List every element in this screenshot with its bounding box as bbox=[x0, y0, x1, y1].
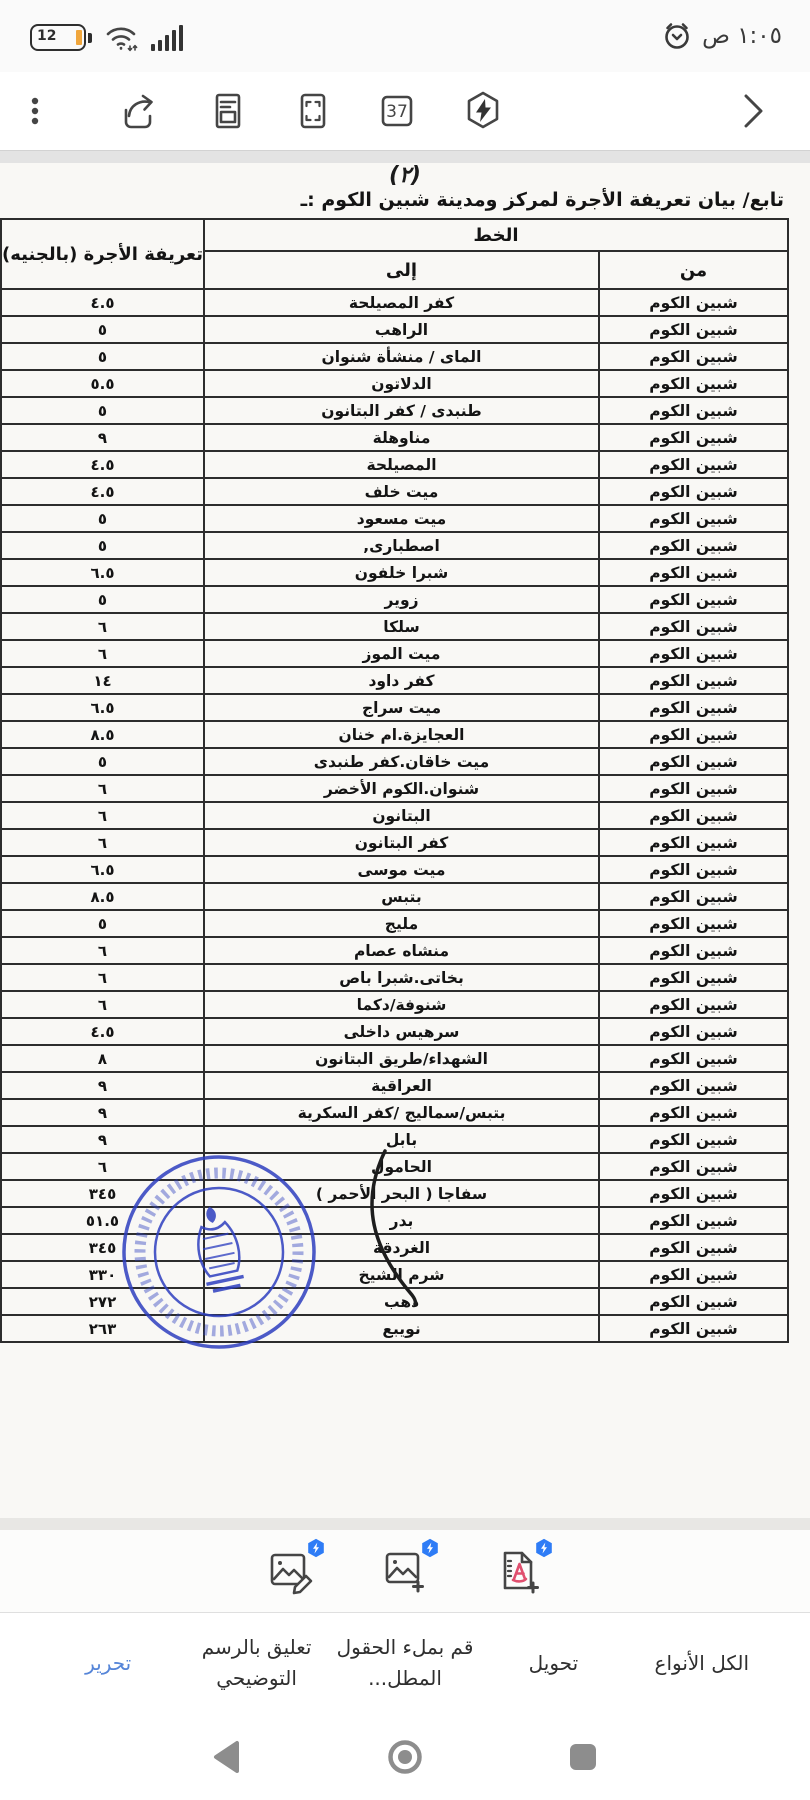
from-cell: شبين الكوم bbox=[599, 424, 788, 451]
to-cell: الدلاتون bbox=[204, 370, 599, 397]
table-row: شبين الكومالبتانون٦ bbox=[1, 802, 788, 829]
from-cell: شبين الكوم bbox=[599, 1315, 788, 1342]
home-circle-icon bbox=[386, 1738, 424, 1776]
annotate-image-button[interactable] bbox=[260, 1540, 322, 1602]
fare-cell: ٦.٥ bbox=[1, 694, 204, 721]
to-cell: زوير bbox=[204, 586, 599, 613]
from-cell: شبين الكوم bbox=[599, 1099, 788, 1126]
to-cell: بتبس/سماليج /كفر السكرية bbox=[204, 1099, 599, 1126]
table-row: شبين الكومشنوفة/دكما٦ bbox=[1, 991, 788, 1018]
filter-all-types-button[interactable]: الكل الأنواع bbox=[628, 1648, 776, 1679]
to-cell: سلكا bbox=[204, 613, 599, 640]
from-cell: شبين الكوم bbox=[599, 316, 788, 343]
from-cell: شبين الكوم bbox=[599, 1153, 788, 1180]
bottom-action-bar: الكل الأنواع تحويل قم بملء الحقول المطل.… bbox=[0, 1613, 810, 1713]
recents-square-icon bbox=[568, 1742, 598, 1772]
fare-cell: ٦ bbox=[1, 775, 204, 802]
fare-cell: ٦ bbox=[1, 964, 204, 991]
fare-cell: ٤.٥ bbox=[1, 289, 204, 316]
from-cell: شبين الكوم bbox=[599, 721, 788, 748]
to-cell: بخاتى.شبرا باص bbox=[204, 964, 599, 991]
back-triangle-icon bbox=[212, 1740, 242, 1774]
to-cell: شنوفة/دكما bbox=[204, 991, 599, 1018]
from-cell: شبين الكوم bbox=[599, 829, 788, 856]
table-row: شبين الكومسلكا٦ bbox=[1, 613, 788, 640]
to-cell: ميت خلف bbox=[204, 478, 599, 505]
ai-spark-badge-icon bbox=[534, 1537, 554, 1559]
to-cell: منشاه عصام bbox=[204, 937, 599, 964]
table-row: شبين الكومميت سراج٦.٥ bbox=[1, 694, 788, 721]
table-row: شبين الكومكفر البتانون٦ bbox=[1, 829, 788, 856]
table-row: شبين الكومسرهيس داخلى٤.٥ bbox=[1, 1018, 788, 1045]
fare-cell: ٨ bbox=[1, 1045, 204, 1072]
from-cell: شبين الكوم bbox=[599, 586, 788, 613]
ai-tools-row bbox=[0, 1530, 810, 1612]
table-row: شبين الكومالدلاتون٥.٥ bbox=[1, 370, 788, 397]
official-stamp bbox=[112, 1145, 327, 1360]
wifi-icon bbox=[104, 22, 138, 52]
from-cell: شبين الكوم bbox=[599, 559, 788, 586]
to-cell: طنبدى / كفر البتانون bbox=[204, 397, 599, 424]
fare-cell: ٦.٥ bbox=[1, 856, 204, 883]
fare-cell: ٩ bbox=[1, 1072, 204, 1099]
table-row: شبين الكومالماى / منشأة شنوان٥ bbox=[1, 343, 788, 370]
android-nav-bar bbox=[0, 1713, 810, 1800]
from-cell: شبين الكوم bbox=[599, 397, 788, 424]
share-button[interactable] bbox=[112, 86, 162, 136]
from-cell: شبين الكوم bbox=[599, 289, 788, 316]
to-cell: ميت خاقان.كفر طنبدى bbox=[204, 748, 599, 775]
from-cell: شبين الكوم bbox=[599, 1288, 788, 1315]
from-cell: شبين الكوم bbox=[599, 991, 788, 1018]
battery-indicator: 12 bbox=[30, 24, 92, 51]
fare-cell: ٦ bbox=[1, 937, 204, 964]
fare-cell: ٨.٥ bbox=[1, 721, 204, 748]
from-cell: شبين الكوم bbox=[599, 505, 788, 532]
fare-cell: ٦.٥ bbox=[1, 559, 204, 586]
fill-fields-button[interactable]: قم بملء الحقول المطل... bbox=[331, 1632, 479, 1694]
from-header: من bbox=[599, 251, 788, 289]
to-cell: العراقية bbox=[204, 1072, 599, 1099]
fare-cell: ٨.٥ bbox=[1, 883, 204, 910]
table-row: شبين الكومبتبس/سماليج /كفر السكرية٩ bbox=[1, 1099, 788, 1126]
fare-cell: ٤.٥ bbox=[1, 1018, 204, 1045]
table-row: شبين الكومميت مسعود٥ bbox=[1, 505, 788, 532]
nav-back-button[interactable] bbox=[207, 1737, 247, 1777]
table-row: شبين الكومميت خاقان.كفر طنبدى٥ bbox=[1, 748, 788, 775]
table-row: شبين الكومبتبس٨.٥ bbox=[1, 883, 788, 910]
table-row: شبين الكومبخاتى.شبرا باص٦ bbox=[1, 964, 788, 991]
table-row: شبين الكومكفر المصيلحة٤.٥ bbox=[1, 289, 788, 316]
from-cell: شبين الكوم bbox=[599, 532, 788, 559]
line-header: الخط bbox=[204, 219, 788, 251]
from-cell: شبين الكوم bbox=[599, 640, 788, 667]
to-cell: ميت الموز bbox=[204, 640, 599, 667]
to-cell: بتبس bbox=[204, 883, 599, 910]
from-cell: شبين الكوم bbox=[599, 370, 788, 397]
fare-cell: ٥ bbox=[1, 748, 204, 775]
page-count-icon: 37 bbox=[374, 88, 420, 134]
from-cell: شبين الكوم bbox=[599, 1018, 788, 1045]
status-time: ١:٠٥ ص bbox=[702, 23, 782, 49]
to-cell: شنوان.الكوم الأخضر bbox=[204, 775, 599, 802]
table-row: شبين الكومشبرا خلفون٦.٥ bbox=[1, 559, 788, 586]
table-row: شبين الكومكفر داود١٤ bbox=[1, 667, 788, 694]
table-row: شبين الكوممنشاه عصام٦ bbox=[1, 937, 788, 964]
from-cell: شبين الكوم bbox=[599, 802, 788, 829]
nav-recents-button[interactable] bbox=[563, 1737, 603, 1777]
to-cell: اصطبارى, bbox=[204, 532, 599, 559]
to-cell: مناوهلة bbox=[204, 424, 599, 451]
table-row: شبين الكومزوير٥ bbox=[1, 586, 788, 613]
convert-button[interactable]: تحويل bbox=[479, 1648, 627, 1679]
table-row: شبين الكومالشهداء/طريق البتانون٨ bbox=[1, 1045, 788, 1072]
edit-button[interactable]: تحرير bbox=[34, 1648, 182, 1679]
kebab-menu-icon bbox=[23, 89, 67, 133]
annotate-drawing-button[interactable]: تعليق بالرسم التوضيحي bbox=[182, 1632, 330, 1694]
fill-sign-button[interactable] bbox=[488, 1540, 550, 1602]
share-icon bbox=[114, 88, 160, 134]
to-cell: كفر المصيلحة bbox=[204, 289, 599, 316]
table-row: شبين الكوممليج٥ bbox=[1, 910, 788, 937]
from-cell: شبين الكوم bbox=[599, 748, 788, 775]
fare-cell: ٩ bbox=[1, 424, 204, 451]
forward-chevron-button[interactable] bbox=[728, 86, 778, 136]
fare-cell: ٦ bbox=[1, 829, 204, 856]
to-cell: مليج bbox=[204, 910, 599, 937]
from-cell: شبين الكوم bbox=[599, 451, 788, 478]
from-cell: شبين الكوم bbox=[599, 937, 788, 964]
table-row: شبين الكوممناوهلة٩ bbox=[1, 424, 788, 451]
to-cell: كفر البتانون bbox=[204, 829, 599, 856]
fare-cell: ٩ bbox=[1, 1099, 204, 1126]
from-cell: شبين الكوم bbox=[599, 1072, 788, 1099]
add-image-button[interactable] bbox=[374, 1540, 436, 1602]
from-cell: شبين الكوم bbox=[599, 1261, 788, 1288]
alarm-icon bbox=[662, 20, 692, 52]
from-cell: شبين الكوم bbox=[599, 478, 788, 505]
from-cell: شبين الكوم bbox=[599, 910, 788, 937]
to-cell: ميت موسى bbox=[204, 856, 599, 883]
to-cell: الراهب bbox=[204, 316, 599, 343]
to-cell: ميت مسعود bbox=[204, 505, 599, 532]
from-cell: شبين الكوم bbox=[599, 883, 788, 910]
table-row: شبين الكومالراهب٥ bbox=[1, 316, 788, 343]
table-row: شبين الكومطنبدى / كفر البتانون٥ bbox=[1, 397, 788, 424]
document-page[interactable]: (٢) تابع/ بيان تعريفة الأجرة لمركز ومدين… bbox=[0, 163, 810, 1518]
flash-premium-button[interactable] bbox=[458, 86, 508, 136]
from-cell: شبين الكوم bbox=[599, 343, 788, 370]
fare-cell: ٦ bbox=[1, 640, 204, 667]
fare-cell: ٥ bbox=[1, 343, 204, 370]
to-cell: الشهداء/طريق البتانون bbox=[204, 1045, 599, 1072]
fare-cell: ٤.٥ bbox=[1, 478, 204, 505]
from-cell: شبين الكوم bbox=[599, 1207, 788, 1234]
fare-cell: ٤.٥ bbox=[1, 451, 204, 478]
fare-cell: ٦ bbox=[1, 802, 204, 829]
reader-view-button[interactable] bbox=[203, 86, 253, 136]
fare-cell: ٥ bbox=[1, 532, 204, 559]
from-cell: شبين الكوم bbox=[599, 1234, 788, 1261]
table-row: شبين الكومالعجايزة.ام خنان٨.٥ bbox=[1, 721, 788, 748]
table-row: شبين الكومميت موسى٦.٥ bbox=[1, 856, 788, 883]
nav-home-button[interactable] bbox=[385, 1737, 425, 1777]
to-header: إلى bbox=[204, 251, 599, 289]
fare-header: تعريفة الأجرة (بالجنيه) bbox=[1, 219, 204, 289]
fare-cell: ٥ bbox=[1, 910, 204, 937]
from-cell: شبين الكوم bbox=[599, 667, 788, 694]
status-bar: 12 ١:٠٥ ص bbox=[0, 0, 810, 72]
to-cell: العجايزة.ام خنان bbox=[204, 721, 599, 748]
to-cell: سرهيس داخلى bbox=[204, 1018, 599, 1045]
table-row: شبين الكومشنوان.الكوم الأخضر٦ bbox=[1, 775, 788, 802]
table-row: شبين الكومالعراقية٩ bbox=[1, 1072, 788, 1099]
fare-cell: ٥ bbox=[1, 586, 204, 613]
from-cell: شبين الكوم bbox=[599, 1126, 788, 1153]
table-row: شبين الكوماصطبارى,٥ bbox=[1, 532, 788, 559]
flash-hexagon-icon bbox=[460, 88, 506, 134]
svg-text:37: 37 bbox=[386, 102, 408, 122]
reader-view-icon bbox=[205, 88, 251, 134]
fit-page-icon bbox=[290, 88, 336, 134]
toolbar-divider bbox=[0, 150, 810, 163]
fare-cell: ٥ bbox=[1, 316, 204, 343]
from-cell: شبين الكوم bbox=[599, 1180, 788, 1207]
more-options-button[interactable] bbox=[20, 86, 70, 136]
to-cell: المصيلحة bbox=[204, 451, 599, 478]
page-count-button[interactable]: 37 bbox=[372, 86, 422, 136]
table-row: شبين الكومالمصيلحة٤.٥ bbox=[1, 451, 788, 478]
from-cell: شبين الكوم bbox=[599, 613, 788, 640]
from-cell: شبين الكوم bbox=[599, 694, 788, 721]
fare-cell: ٦ bbox=[1, 613, 204, 640]
chevron-right-icon bbox=[733, 88, 773, 134]
battery-percent: 12 bbox=[37, 28, 56, 44]
fare-cell: ٦ bbox=[1, 991, 204, 1018]
from-cell: شبين الكوم bbox=[599, 964, 788, 991]
page-number: (٢) bbox=[0, 163, 810, 188]
fare-cell: ١٤ bbox=[1, 667, 204, 694]
to-cell: شبرا خلفون bbox=[204, 559, 599, 586]
fare-cell: ٥ bbox=[1, 505, 204, 532]
ai-spark-badge-icon bbox=[420, 1537, 440, 1559]
viewer-toolbar: 37 bbox=[0, 72, 810, 150]
from-cell: شبين الكوم bbox=[599, 775, 788, 802]
table-row: شبين الكومميت خلف٤.٥ bbox=[1, 478, 788, 505]
to-cell: ميت سراج bbox=[204, 694, 599, 721]
ai-spark-badge-icon bbox=[306, 1537, 326, 1559]
signal-strength-icon bbox=[150, 22, 186, 52]
to-cell: البتانون bbox=[204, 802, 599, 829]
document-divider bbox=[0, 1518, 810, 1530]
document-title: تابع/ بيان تعريفة الأجرة لمركز ومدينة شب… bbox=[301, 189, 784, 211]
table-row: شبين الكومميت الموز٦ bbox=[1, 640, 788, 667]
from-cell: شبين الكوم bbox=[599, 1045, 788, 1072]
fare-cell: ٥.٥ bbox=[1, 370, 204, 397]
from-cell: شبين الكوم bbox=[599, 856, 788, 883]
to-cell: كفر داود bbox=[204, 667, 599, 694]
fit-page-button[interactable] bbox=[288, 86, 338, 136]
fare-cell: ٥ bbox=[1, 397, 204, 424]
to-cell: الماى / منشأة شنوان bbox=[204, 343, 599, 370]
